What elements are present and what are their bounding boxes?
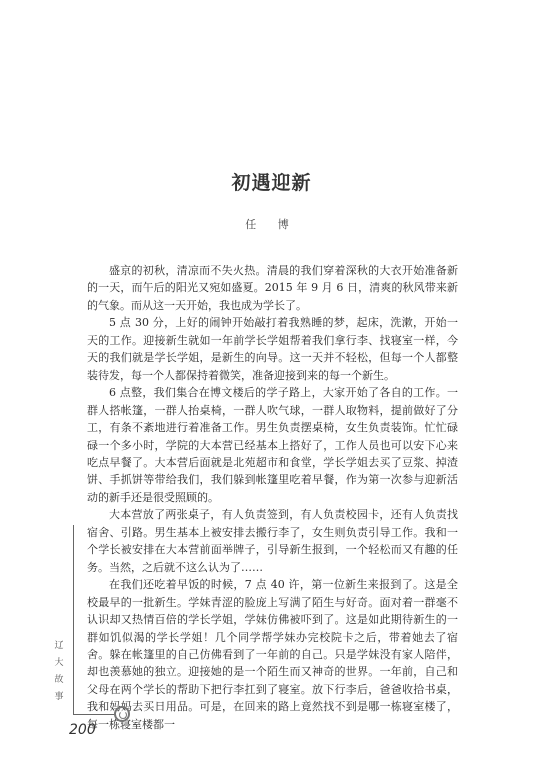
paragraph: 盛京的初秋，清凉而不失火热。清晨的我们穿着深秋的大衣开始准备新的一天，而午后的阳… bbox=[87, 262, 458, 314]
paragraph: 大本营放了两张桌子，有人负责签到，有人负责校园卡，还有人负责找宿舍、引路。男生基… bbox=[87, 506, 458, 576]
section-label-char: 辽 bbox=[52, 638, 66, 655]
section-label-char: 事 bbox=[52, 689, 66, 706]
article-body: 盛京的初秋，清凉而不失火热。清晨的我们穿着深秋的大衣开始准备新的一天，而午后的阳… bbox=[87, 262, 458, 733]
paragraph: 在我们还吃着早饭的时候，7 点 40 许，第一位新生来报到了。这是全校最早的一批… bbox=[87, 576, 458, 733]
section-label-char: 故 bbox=[52, 672, 66, 689]
side-rule-divider bbox=[73, 525, 74, 715]
article-title: 初遇迎新 bbox=[0, 168, 543, 195]
circular-ornament-icon bbox=[114, 706, 130, 722]
section-label-char: 大 bbox=[52, 655, 66, 672]
section-label-vertical: 辽 大 故 事 bbox=[52, 638, 66, 706]
paragraph: 5 点 30 分，上好的闹钟开始敲打着我熟睡的梦，起床，洗漱，开始一天的工作。迎… bbox=[87, 314, 458, 384]
article-author: 任 博 bbox=[0, 216, 543, 232]
page-number: 200 bbox=[69, 722, 96, 738]
bottom-rule-divider bbox=[73, 714, 115, 715]
paragraph: 6 点整，我们集合在博文楼后的学子路上，大家开始了各自的工作。一群人搭帐篷，一群… bbox=[87, 384, 458, 506]
